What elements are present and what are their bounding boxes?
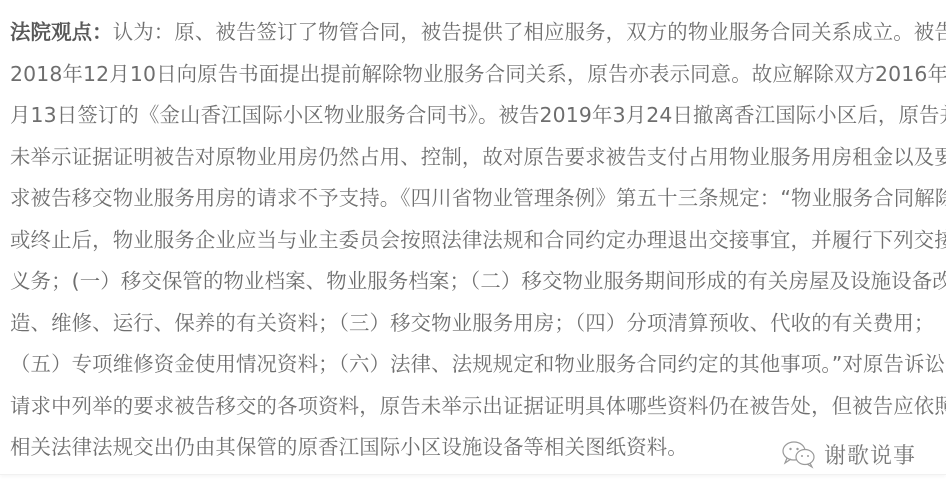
text-line-10: 请求中列举的要求被告移交的各项资料，原告未举示出证据证明具体哪些资料仍在被告处，… — [10, 386, 940, 428]
wechat-icon — [780, 439, 818, 469]
text-line-5: 求被告移交物业服务用房的请求不予支持。《四川省物业管理条例》第五十三条规定：“物… — [10, 178, 940, 220]
court-opinion-paragraph: 法院观点：认为：原、被告签订了物管合同，被告提供了相应服务，双方的物业服务合同关… — [10, 12, 940, 469]
text-line-2: 2018年12月10日向原告书面提出提前解除物业服务合同关系，原告亦表示同意。故… — [10, 54, 940, 96]
text-line-9: （五）专项维修资金使用情况资料；（六）法律、法规规定和物业服务合同约定的其他事项… — [10, 344, 940, 386]
text-line-7: 义务；(一）移交保管的物业档案、物业服务档案；（二）移交物业服务期间形成的有关房… — [10, 261, 940, 303]
watermark: 谢歌说事 — [780, 436, 916, 472]
text-line-1: 法院观点：认为：原、被告签订了物管合同，被告提供了相应服务，双方的物业服务合同关… — [10, 12, 940, 54]
line-text: 认为：原、被告签订了物管合同，被告提供了相应服务，双方的物业服务合同关系成立。被… — [113, 20, 946, 44]
watermark-text: 谢歌说事 — [824, 439, 916, 470]
text-line-4: 未举示证据证明被告对原物业用房仍然占用、控制，故对原告要求被告支付占用物业服务用… — [10, 137, 940, 179]
text-line-8: 造、维修、运行、保养的有关资料；（三）移交物业服务用房；（四）分项清算预收、代收… — [10, 303, 940, 345]
text-line-6: 或终止后，物业服务企业应当与业主委员会按照法律法规和合同约定办理退出交接事宜，并… — [10, 220, 940, 262]
article-body: 法院观点：认为：原、被告签订了物管合同，被告提供了相应服务，双方的物业服务合同关… — [0, 0, 946, 475]
lead-label: 法院观点： — [10, 20, 113, 44]
text-line-3: 月13日签订的《金山香江国际小区物业服务合同书》。被告2019年3月24日撤离香… — [10, 95, 940, 137]
